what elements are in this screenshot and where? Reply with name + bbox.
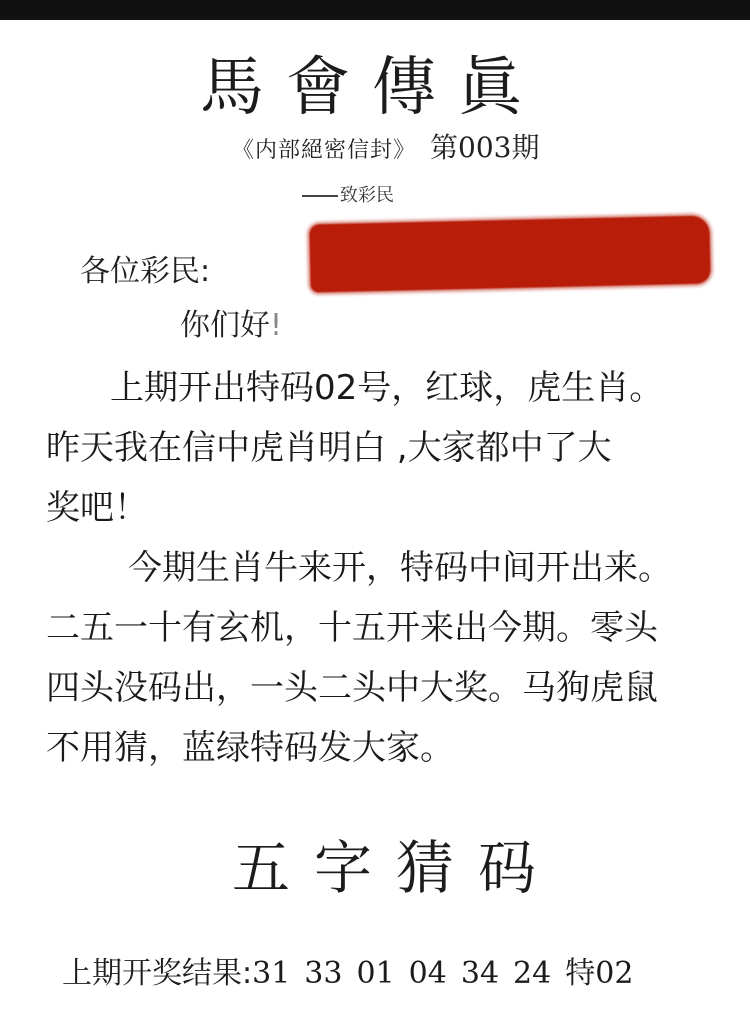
result-number: 34	[461, 950, 499, 998]
section-title: 五字猜码	[232, 828, 560, 908]
last-results: 上期开奖结果:313301043424特02	[62, 950, 633, 998]
paragraph-line: 四头没码出，一头二头中大奖。马狗虎鼠	[46, 658, 746, 718]
dash-line	[302, 195, 338, 197]
paragraph-line: 上期开出特码02号，红球，虎生肖。	[46, 358, 746, 418]
result-number: 01	[356, 950, 394, 998]
result-number: 31	[252, 950, 290, 998]
results-label: 上期开奖结果:	[62, 956, 252, 991]
result-number: 33	[304, 950, 342, 998]
document-page: 馬會傳眞 《内部絕密信封》第003期 致彩民 各位彩民: 你们好! 上期开出特码…	[0, 20, 750, 1034]
issue-label: 第003期	[430, 131, 539, 164]
paragraph-line: 昨天我在信中虎肖明白 ,大家都中了大	[46, 418, 746, 478]
special-number: 特02	[565, 950, 633, 998]
greeting-punct: !	[270, 308, 282, 343]
redaction-mark	[309, 215, 710, 292]
paragraph-line: 今期生肖牛来开，特码中间开出来。	[46, 538, 746, 598]
salutation: 各位彩民:	[80, 252, 210, 292]
result-number: 04	[409, 950, 447, 998]
document-subtitle: 《内部絕密信封》第003期	[232, 128, 539, 171]
letter-body: 上期开出特码02号，红球，虎生肖。 昨天我在信中虎肖明白 ,大家都中了大 奖吧！…	[46, 358, 746, 778]
paragraph-line: 不用猜，蓝绿特码发大家。	[46, 718, 746, 778]
paragraph-line: 二五一十有玄机，十五开来出今期。零头	[46, 598, 746, 658]
result-number: 24	[513, 950, 551, 998]
paragraph-line: 奖吧！	[46, 478, 746, 538]
book-title: 《内部絕密信封》	[232, 138, 416, 163]
document-title: 馬會傳眞	[200, 48, 540, 128]
top-bar	[0, 0, 750, 20]
greeting-text: 你们好	[180, 308, 270, 343]
dedication-text: 致彩民	[340, 185, 394, 206]
dedication: 致彩民	[302, 182, 394, 210]
greeting: 你们好!	[180, 304, 282, 348]
